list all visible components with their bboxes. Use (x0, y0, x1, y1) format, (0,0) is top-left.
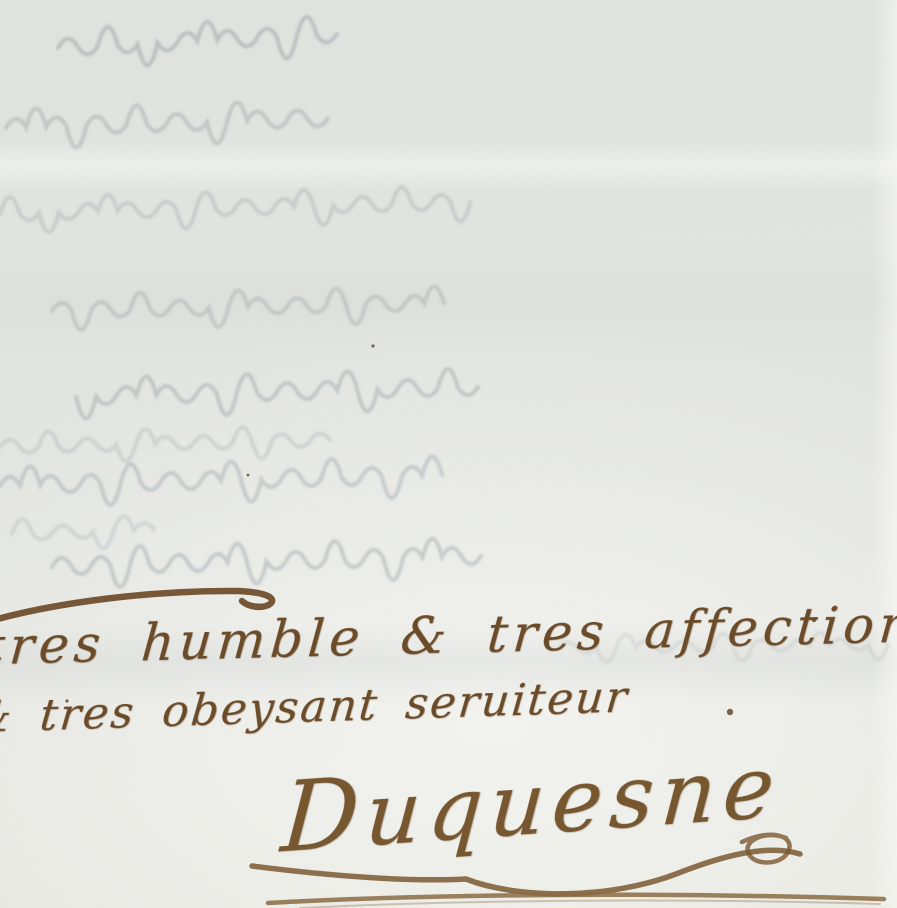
manuscript-page-photo: tres humble & tres affectionné & tres ob… (0, 0, 897, 908)
ink-speck (727, 709, 733, 715)
ink-speck (247, 474, 250, 477)
ink-speck (371, 344, 374, 347)
